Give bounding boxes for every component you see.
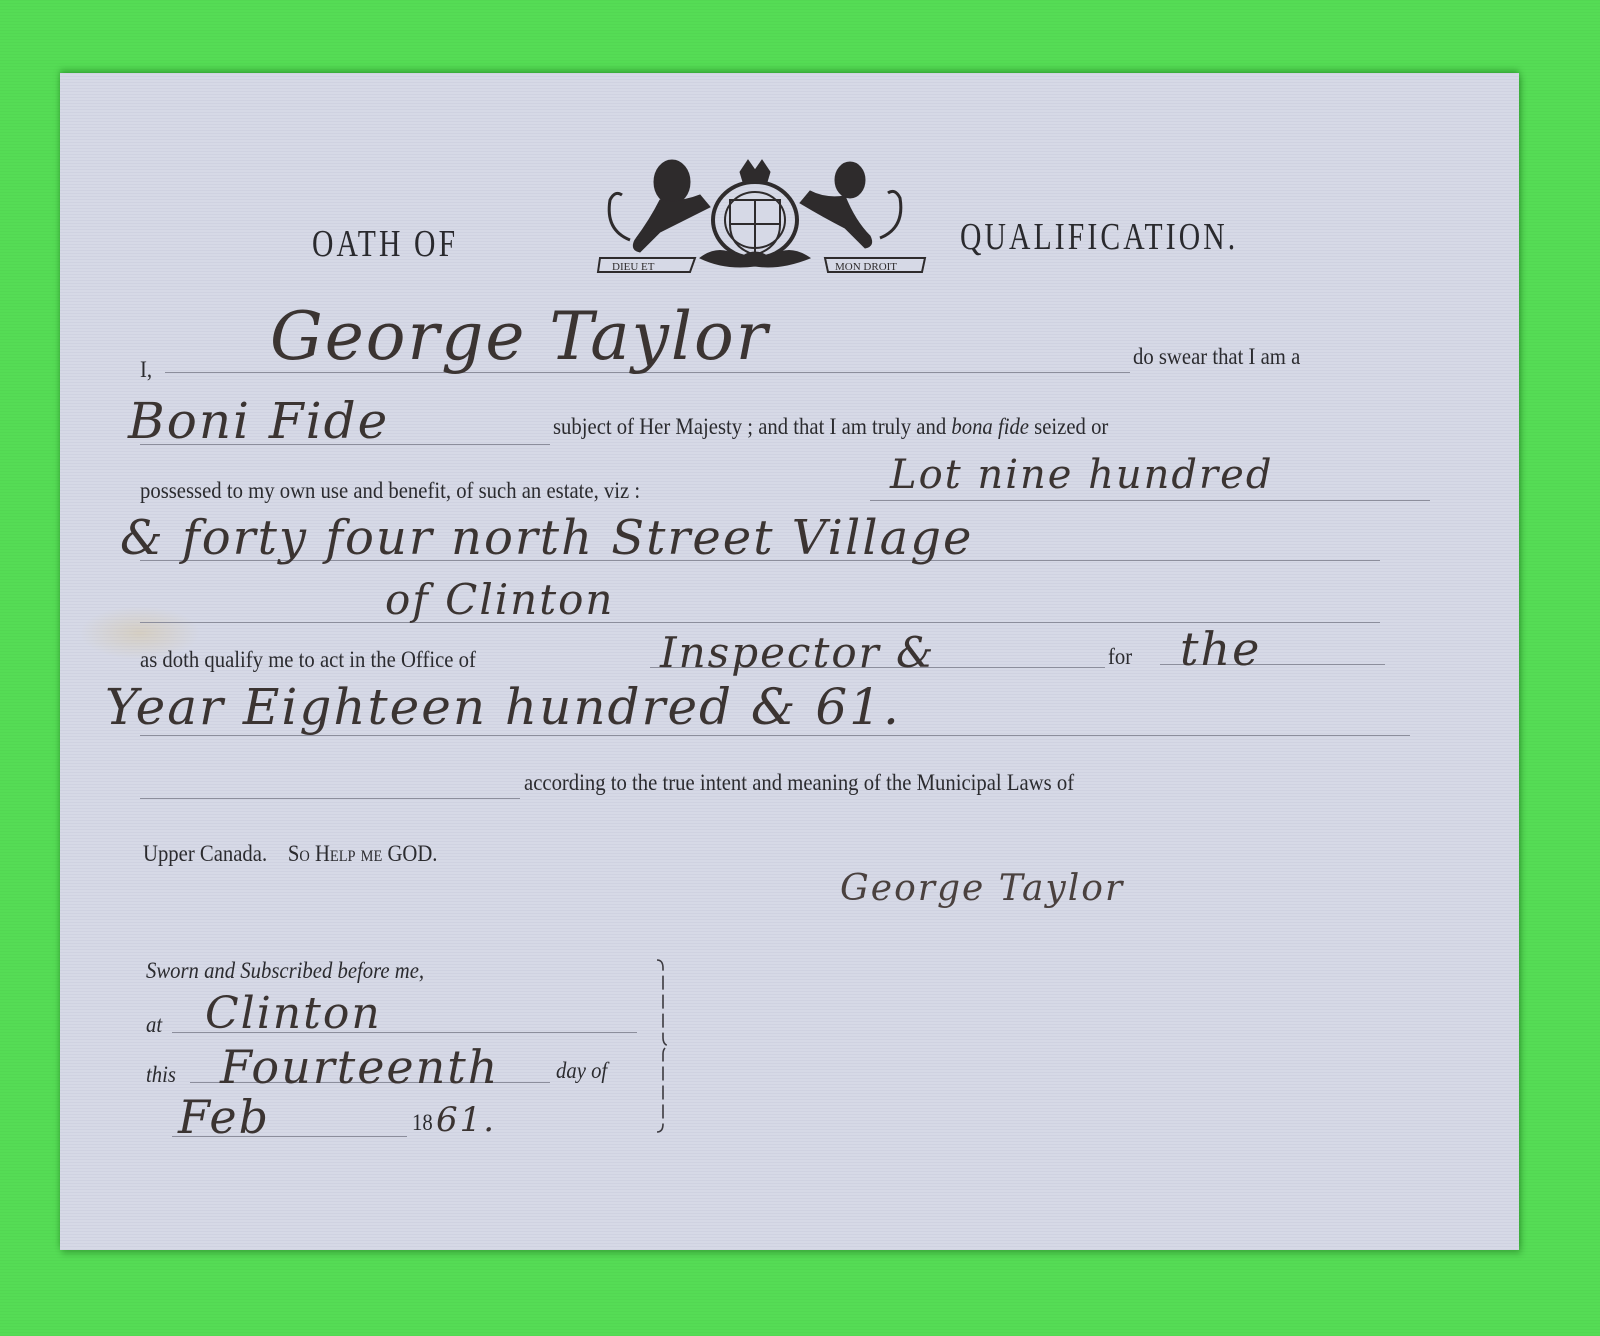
sworn-heading: Sworn and Subscribed before me, bbox=[146, 958, 424, 984]
oath-line8-text: according to the true intent and meaning… bbox=[524, 770, 1074, 796]
signature: George Taylor bbox=[840, 868, 1124, 909]
oath-line1-prefix: I, bbox=[140, 357, 152, 383]
oath-line3-prefix: possessed to my own use and benefit, of … bbox=[140, 478, 640, 504]
upper-canada-text: Upper Canada. bbox=[143, 841, 267, 866]
bracket-brace-icon bbox=[655, 958, 669, 1134]
handwritten-year-line: Year Eighteen hundred & 61. bbox=[105, 678, 901, 736]
motto-right: MON DROIT bbox=[835, 261, 897, 273]
oath-line2-text: subject of Her Majesty ; and that I am t… bbox=[553, 414, 1108, 440]
royal-coat-of-arms-icon: DIEU ET MON DROIT bbox=[590, 150, 935, 275]
sworn-at-value: Clinton bbox=[205, 988, 382, 1039]
oath-line9-text: Upper Canada. So Help me GOD. bbox=[143, 841, 437, 867]
handwritten-estate-line2: & forty four north Street Village bbox=[120, 510, 973, 566]
title-right: QUALIFICATION. bbox=[960, 215, 1238, 259]
handwritten-office: Inspector & bbox=[660, 628, 935, 677]
oath-line2-part-a: subject of Her Majesty ; and that I am t… bbox=[553, 414, 946, 439]
estate-field-rule-1 bbox=[870, 500, 1430, 501]
so-help-me-god-text: So Help me GOD. bbox=[288, 841, 438, 866]
sworn-year-printed: 18 bbox=[412, 1110, 433, 1136]
title-left: OATH OF bbox=[312, 222, 458, 266]
handwritten-estate-line3: of Clinton bbox=[385, 575, 614, 624]
handwritten-status: Boni Fide bbox=[128, 392, 389, 450]
motto-left: DIEU ET bbox=[612, 261, 655, 273]
sworn-day-of-label: day of bbox=[556, 1058, 607, 1084]
blank-field-rule bbox=[140, 798, 520, 799]
handwritten-name: George Taylor bbox=[270, 298, 769, 375]
bona-fide-italic: bona fide bbox=[951, 414, 1029, 439]
handwritten-estate-line1: Lot nine hundred bbox=[890, 452, 1273, 498]
oath-line6-prefix: as doth qualify me to act in the Office … bbox=[140, 647, 476, 673]
sworn-this-label: this bbox=[146, 1062, 176, 1088]
oath-line6-for: for bbox=[1108, 644, 1132, 670]
sworn-year-written: 61. bbox=[436, 1100, 496, 1140]
handwritten-for-text: the bbox=[1180, 622, 1261, 676]
sworn-at-label: at bbox=[146, 1012, 162, 1038]
oath-line2-part-b: seized or bbox=[1034, 414, 1108, 439]
sworn-day-value: Fourteenth bbox=[220, 1040, 499, 1094]
oath-line1-suffix: do swear that I am a bbox=[1133, 344, 1300, 370]
sworn-month-value: Feb bbox=[178, 1090, 270, 1144]
